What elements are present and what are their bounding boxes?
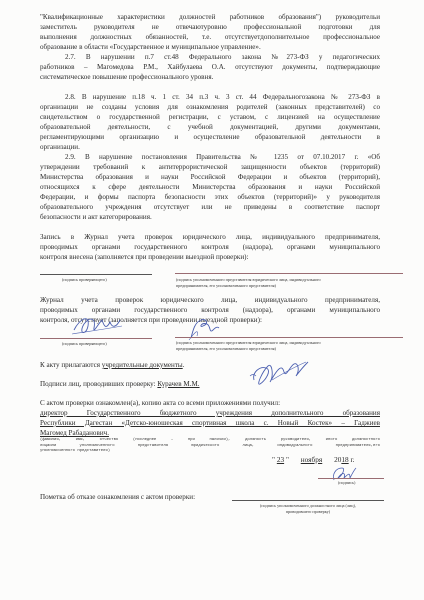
document-page: "Квалификационные характеристики должнос… [0, 0, 424, 600]
representative-signature-icon [185, 316, 221, 342]
acquainted-caption: (фамилия, имя, отчество (последнее – при… [40, 438, 380, 455]
text-line: относящихся к сфере деятельности Министе… [40, 182, 380, 192]
date-quote: " [272, 455, 275, 464]
paragraph-2-7: 2.7. В нарушении п.7 ст.48 Федерального … [40, 52, 380, 82]
inspector-name: Курачев М.М. [157, 380, 199, 388]
text-line: утверждении требований к антитеррористич… [40, 162, 380, 172]
caption-line: (фамилия, имя, отчество (последнее – при… [40, 438, 380, 444]
refusal-signature-line [232, 500, 384, 501]
text-line: работников – Магомедова Р.М., Хайбулаева… [40, 62, 380, 72]
attachments-value: учредительные документы [102, 361, 183, 369]
text-line: Журнал учета проверок юридического лица,… [40, 295, 380, 305]
date-month: ноября [291, 455, 333, 464]
inspector-caption-1: (подпись проверяющего) [62, 277, 107, 283]
inspector-signature-line-2 [40, 338, 152, 339]
refusal-label: Пометка об отказе ознакомления с актом п… [40, 492, 240, 502]
attachments-label: К акту прилагаются [40, 361, 102, 369]
date-year-suffix: 18 [341, 455, 348, 464]
inspectors-line: Подписи лиц, проводивших проверку: Курач… [40, 379, 380, 389]
text-line: Республики Дагестан «Детско-юношеская сп… [40, 418, 380, 428]
representative-caption-2: (подпись уполномоченного представителя ю… [176, 340, 396, 352]
text-line: Федерации, и формы паспорта безопасности… [40, 192, 380, 202]
date-line: " 23 " ноября 2018 г. [272, 455, 392, 465]
date-year-unit: г. [351, 455, 355, 464]
caption-line: уполномоченного представителя) [40, 449, 380, 455]
text-line: 2.8. В нарушение п.18 ч. 1 ст. 34 п.3 ч.… [40, 92, 380, 102]
acquainted-label: С актом проверки ознакомлен(а), копию ак… [40, 398, 380, 408]
text-line: контроля внесена (заполняется при провед… [40, 252, 380, 262]
text-line: директор Государственного бюджетного учр… [40, 408, 380, 418]
inspector-signature-line-1 [40, 274, 152, 275]
date-day: 23 [277, 455, 284, 464]
text-line: 2.9. В нарушение постановления Правитель… [40, 152, 380, 162]
text-line: организации. [40, 142, 380, 152]
attachments-suffix: . [183, 361, 185, 369]
paragraph-intro: "Квалификационные характеристики должнос… [40, 12, 380, 52]
inspectors-label: Подписи лиц, проводивших проверку: [40, 380, 157, 388]
inspector-caption-2: (подпись проверяющего) [62, 341, 107, 347]
text-line: Магомед Рабаданович. [40, 428, 380, 438]
caption-line: проводившего проверку) [232, 509, 384, 515]
representative-signature-line-2 [175, 337, 403, 338]
kurachev-signature-icon [248, 358, 310, 392]
representative-signature-line-1 [175, 273, 403, 274]
caption-line: предпринимателя, его уполномоченного пре… [176, 346, 396, 352]
text-line: "Квалификационные характеристики должнос… [40, 12, 380, 22]
text-line: систематическое повышение профессиональн… [40, 72, 380, 82]
recipient-signature-line [318, 478, 384, 479]
text-line: заместитель руководителя не отвечаютуров… [40, 22, 380, 32]
acquainted-value: директор Государственного бюджетного учр… [40, 408, 380, 438]
text-line: образовательного учреждения отсутствует … [40, 202, 380, 212]
representative-caption-1: (подпись уполномоченного представителя ю… [176, 277, 396, 289]
date-quote: " [286, 455, 289, 464]
refusal-caption: (подпись уполномоченного должностного ли… [232, 503, 384, 515]
text-line: свидетельством о государственной регистр… [40, 112, 380, 122]
caption-line: предпринимателя, его уполномоченного пре… [176, 283, 396, 289]
attachments-line: К акту прилагаются учредительные докумен… [40, 360, 380, 370]
journal-entry-paragraph: Запись в Журнал учета проверок юридическ… [40, 232, 380, 262]
text-line: проводимых органами государственного кон… [40, 242, 380, 252]
text-line: образовательной деятельности, с учебной … [40, 122, 380, 132]
text-line: Министерства образования и науки Российс… [40, 172, 380, 182]
text-line: образование в области «Государственное и… [40, 42, 380, 52]
text-line: выполнения должностных обязанностей, т.е… [40, 32, 380, 42]
text-line: организации не созданы условия для ознак… [40, 102, 380, 112]
text-line: безопасности и акт категорирования. [40, 212, 380, 222]
recipient-signature-caption: (подпись) [338, 480, 355, 486]
inspector-signature-icon [70, 312, 125, 340]
text-line: Запись в Журнал учета проверок юридическ… [40, 232, 380, 242]
text-line: 2.7. В нарушении п.7 ст.48 Федерального … [40, 52, 380, 62]
paragraph-2-8: 2.8. В нарушение п.18 ч. 1 ст. 34 п.3 ч.… [40, 92, 380, 152]
text-line: регламентирующими организацию и осуществ… [40, 132, 380, 142]
paragraph-2-9: 2.9. В нарушение постановления Правитель… [40, 152, 380, 222]
